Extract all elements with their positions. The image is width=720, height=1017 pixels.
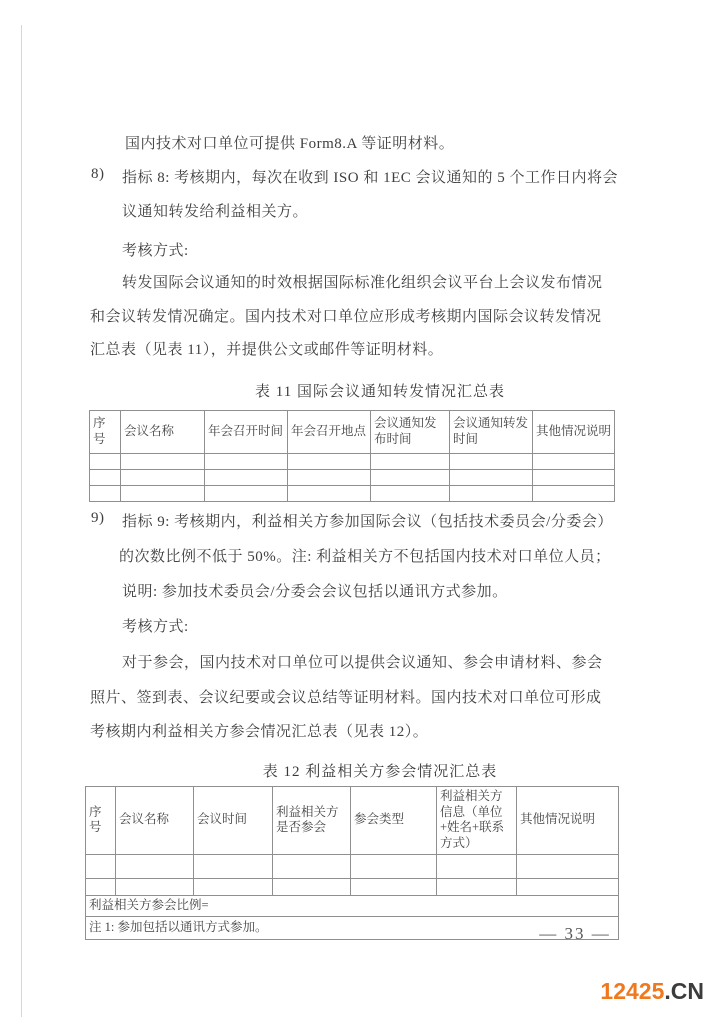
assess9-line1: 对于参会，国内技术对口单位可以提供会议通知、参会申请材料、参会 <box>122 651 603 672</box>
item8-line2: 议通知转发给利益相关方。 <box>122 200 308 221</box>
item9-marker: 9) <box>91 510 105 527</box>
table11-empty-cell <box>121 486 205 502</box>
table12-summary-cell: 利益相关方参会比例= <box>86 895 619 916</box>
table12-empty-cell <box>273 854 351 878</box>
watermark-brand: 12425 <box>600 978 664 1004</box>
table11-empty-cell <box>90 454 121 470</box>
item8-marker: 8) <box>91 166 105 183</box>
table11-header-cell: 年会召开时间 <box>205 411 288 454</box>
scan-edge-line <box>21 25 22 1017</box>
table12-header-cell: 利益相关方信息（单位+姓名+联系方式） <box>437 787 517 855</box>
table12-empty-cell <box>351 878 437 895</box>
table11-empty-row <box>90 470 615 486</box>
table11-empty-cell <box>533 486 615 502</box>
assess8-line1: 转发国际会议通知的时效根据国际标准化组织会议平台上会议发布情况 <box>122 271 603 292</box>
table11-empty-cell <box>533 470 615 486</box>
table12-empty-cell <box>194 854 273 878</box>
table11-header-cell: 会议通知转发时间 <box>450 411 533 454</box>
item9-line3: 说明: 参加技术委员会/分委会会议包括以通讯方式参加。 <box>122 580 508 601</box>
table11-empty-cell <box>533 454 615 470</box>
table11-title: 表 11 国际会议通知转发情况汇总表 <box>90 380 670 401</box>
table11-empty-cell <box>205 486 288 502</box>
table11-empty-cell <box>371 454 450 470</box>
table11-empty-cell <box>450 486 533 502</box>
assess8-heading: 考核方式: <box>122 239 189 260</box>
table12-empty-cell <box>86 854 116 878</box>
table11-empty-cell <box>288 454 371 470</box>
table12-header-cell: 会议名称 <box>116 787 194 855</box>
table11-header-cell: 其他情况说明 <box>533 411 615 454</box>
table12-header-cell: 其他情况说明 <box>517 787 619 855</box>
table12-empty-cell <box>116 878 194 895</box>
table11-empty-cell <box>205 454 288 470</box>
table11-empty-cell <box>371 470 450 486</box>
table11-empty-cell <box>288 486 371 502</box>
table11-header-cell: 会议名称 <box>121 411 205 454</box>
table11-empty-cell <box>121 470 205 486</box>
table11-international-meeting-notice-forwarding: 序号 会议名称 年会召开时间 年会召开地点 会议通知发布时间 会议通知转发时间 … <box>89 410 615 502</box>
assess8-line2: 和会议转发情况确定。国内技术对口单位应形成考核期内国际会议转发情况 <box>90 305 602 326</box>
item9-line1: 指标 9: 考核期内，利益相关方参加国际会议（包括技术委员会/分委会） <box>122 510 613 531</box>
intro-line: 国内技术对口单位可提供 Form8.A 等证明材料。 <box>125 132 454 153</box>
table12-empty-cell <box>517 878 619 895</box>
table11-empty-cell <box>205 470 288 486</box>
document-page: 国内技术对口单位可提供 Form8.A 等证明材料。 8) 指标 8: 考核期内… <box>0 0 720 1017</box>
table11-empty-cell <box>371 486 450 502</box>
table11-header-cell: 年会召开地点 <box>288 411 371 454</box>
table12-empty-cell <box>437 854 517 878</box>
table11-empty-cell <box>288 470 371 486</box>
table11-header-cell: 会议通知发布时间 <box>371 411 450 454</box>
assess9-line2: 照片、签到表、会议纪要或会议总结等证明材料。国内技术对口单位可形成 <box>90 686 602 707</box>
table12-header-cell: 会议时间 <box>194 787 273 855</box>
watermark-logo: 12425.CN <box>600 978 704 1005</box>
table12-empty-cell <box>273 878 351 895</box>
table12-empty-cell <box>116 854 194 878</box>
table12-header-row: 序号 会议名称 会议时间 利益相关方是否参会 参会类型 利益相关方信息（单位+姓… <box>86 787 619 855</box>
table12-empty-row <box>86 878 619 895</box>
table12-empty-cell <box>194 878 273 895</box>
table11-empty-cell <box>121 454 205 470</box>
table12-empty-cell <box>86 878 116 895</box>
table12-header-cell: 参会类型 <box>351 787 437 855</box>
assess9-heading: 考核方式: <box>122 615 189 636</box>
table11-empty-cell <box>90 470 121 486</box>
table12-stakeholder-participation: 序号 会议名称 会议时间 利益相关方是否参会 参会类型 利益相关方信息（单位+姓… <box>85 786 619 940</box>
table12-empty-row <box>86 854 619 878</box>
table12-empty-cell <box>351 854 437 878</box>
table11-empty-cell <box>450 454 533 470</box>
page-number: — 33 — <box>500 924 650 944</box>
table12-title: 表 12 利益相关方参会情况汇总表 <box>90 760 670 781</box>
table11-empty-row <box>90 486 615 502</box>
table11-empty-row <box>90 454 615 470</box>
table12-empty-cell <box>517 854 619 878</box>
watermark-suffix: .CN <box>664 978 704 1004</box>
item8-line1: 指标 8: 考核期内，每次在收到 ISO 和 1EC 会议通知的 5 个工作日内… <box>122 166 618 187</box>
table11-empty-cell <box>90 486 121 502</box>
table12-header-cell: 利益相关方是否参会 <box>273 787 351 855</box>
table11-empty-cell <box>450 470 533 486</box>
assess8-line3: 汇总表（见表 11），并提供公文或邮件等证明材料。 <box>90 338 443 359</box>
table12-empty-cell <box>437 878 517 895</box>
table12-header-cell: 序号 <box>86 787 116 855</box>
table11-header-cell: 序号 <box>90 411 121 454</box>
table12-summary-row: 利益相关方参会比例= <box>86 895 619 916</box>
assess9-line3: 考核期内利益相关方参会情况汇总表（见表 12）。 <box>90 720 428 741</box>
item9-line2: 的次数比例不低于 50%。注: 利益相关方不包括国内技术对口单位人员； <box>119 545 611 566</box>
table11-header-row: 序号 会议名称 年会召开时间 年会召开地点 会议通知发布时间 会议通知转发时间 … <box>90 411 615 454</box>
